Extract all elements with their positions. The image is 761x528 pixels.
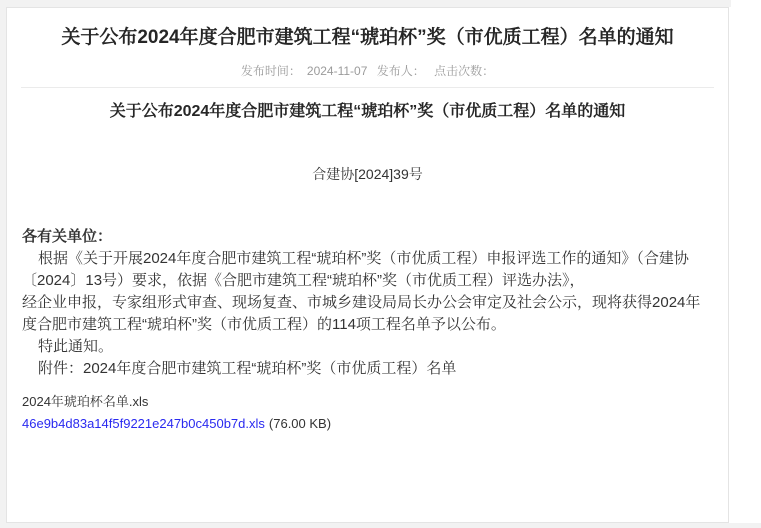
attachment-link-row: 46e9b4d83a14f5f9221e247b0c450b7d.xls(76.… <box>22 416 713 432</box>
header-divider <box>21 87 714 88</box>
paragraph-announcement: 经企业申报，专家组形式审查、现场复查、市城乡建设局局长办公会审定及社会公示，现将… <box>22 292 713 336</box>
attachment-caption: 附件：2024年度合肥市建筑工程“琥珀杯”奖（市优质工程）名单 <box>22 358 713 380</box>
clicks-label: 点击次数： <box>434 64 494 78</box>
article-title: 关于公布2024年度合肥市建筑工程“琥珀杯”奖（市优质工程）名单的通知 <box>22 100 713 124</box>
notice-header: 关于公布2024年度合肥市建筑工程“琥珀杯”奖（市优质工程）名单的通知 发布时间… <box>7 8 728 79</box>
publish-time-value: 2024-11-07 <box>307 64 368 78</box>
publish-time-label: 发布时间： <box>241 64 301 78</box>
notice-card: 关于公布2024年度合肥市建筑工程“琥珀杯”奖（市优质工程）名单的通知 发布时间… <box>6 7 729 523</box>
salutation: 各有关单位： <box>22 226 713 248</box>
attachment-file-title: 2024年琥珀杯名单.xls <box>22 394 713 410</box>
document-number: 合建协[2024]39号 <box>22 164 713 184</box>
paragraph-closing: 特此通知。 <box>22 336 713 358</box>
paragraph-basis: 根据《关于开展2024年度合肥市建筑工程“琥珀杯”奖（市优质工程）申报评选工作的… <box>22 248 713 292</box>
notice-body: 关于公布2024年度合肥市建筑工程“琥珀杯”奖（市优质工程）名单的通知 合建协[… <box>7 100 728 432</box>
attachment-block: 2024年琥珀杯名单.xls 46e9b4d83a14f5f9221e247b0… <box>22 394 713 432</box>
page-bottom-strip <box>0 523 761 528</box>
publisher-label: 发布人： <box>377 64 425 78</box>
page-title: 关于公布2024年度合肥市建筑工程“琥珀杯”奖（市优质工程）名单的通知 <box>7 25 728 51</box>
attachment-download-link[interactable]: 46e9b4d83a14f5f9221e247b0c450b7d.xls <box>22 416 265 431</box>
notice-meta: 发布时间：2024-11-07 发布人： 点击次数： <box>7 63 728 79</box>
attachment-file-size: (76.00 KB) <box>269 416 331 431</box>
page-top-strip <box>0 0 731 7</box>
